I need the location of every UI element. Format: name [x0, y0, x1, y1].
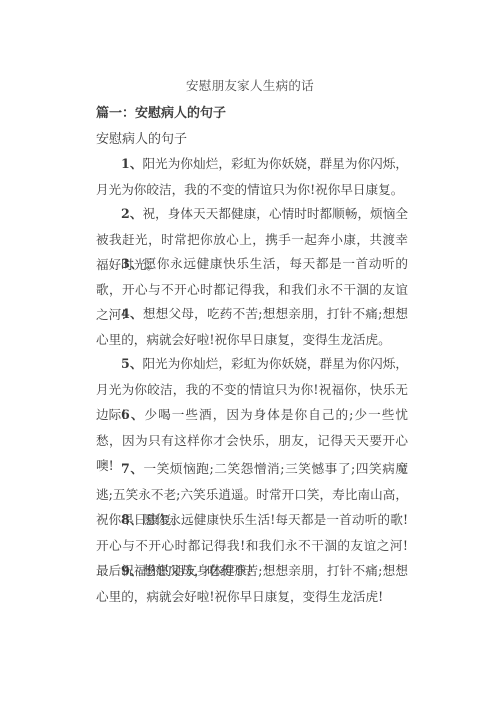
- paragraph-9: 9、想想父母，吃药不苦;想想亲朋，打针不痛;想想心里的，病就会好啦!祝你早日康复…: [71, 558, 408, 609]
- paragraph-text: 阳光为你灿烂，彩虹为你妖娆，群星为你闪烁，月光为你皎洁，我的不变的情谊只为你!祝…: [96, 156, 408, 197]
- paragraph-number: 2、: [121, 206, 142, 221]
- paragraph-number: 1、: [121, 156, 142, 171]
- paragraph-number: 9、: [121, 563, 143, 578]
- paragraph-number: 8、: [121, 512, 143, 527]
- document-title: 安慰朋友家人生病的话: [0, 76, 500, 94]
- paragraph-1: 1、阳光为你灿烂，彩虹为你妖娆，群星为你闪烁，月光为你皎洁，我的不变的情谊只为你…: [71, 151, 408, 202]
- paragraph-number: 5、: [121, 356, 142, 371]
- subheading: 安慰病人的句子: [96, 128, 187, 147]
- paragraph-text: 想想父母，吃药不苦;想想亲朋，打针不痛;想想心里的，病就会好啦!祝你早日康复，变…: [96, 563, 408, 604]
- paragraph-number: 4、: [121, 306, 143, 321]
- paragraph-text: 想想父母，吃药不苦;想想亲朋，打针不痛;想想心里的，病就会好啦!祝你早日康复，变…: [96, 306, 408, 347]
- paragraph-number: 6、: [121, 407, 144, 422]
- paragraph-number: 3、: [121, 256, 144, 271]
- paragraph-number: 7、: [121, 461, 144, 476]
- section-heading: 篇一：安慰病人的句子: [96, 102, 226, 121]
- document-page: 安慰朋友家人生病的话 篇一：安慰病人的句子 安慰病人的句子 1、阳光为你灿烂，彩…: [0, 0, 500, 706]
- paragraph-4: 4、想想父母，吃药不苦;想想亲朋，打针不痛;想想心里的，病就会好啦!祝你早日康复…: [71, 301, 408, 352]
